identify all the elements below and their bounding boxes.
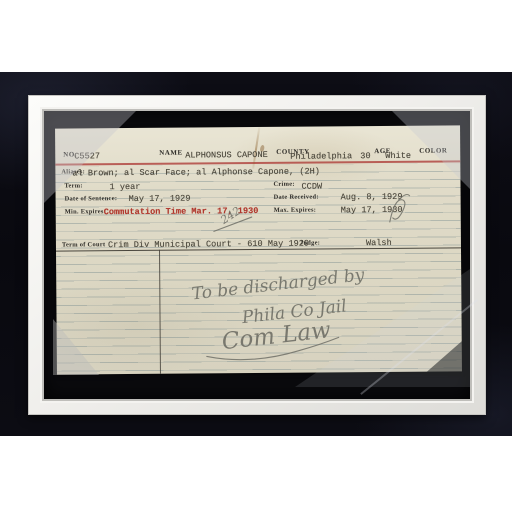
pencil-number-annotation: 242 [217,204,243,227]
framed-capone-prison-record-photo: NO. C5527 NAME ALPHONSUS CAPONE COUNTY P… [0,0,512,512]
handwriting-signature: Com Law [221,317,333,355]
pencil-scribble [390,194,410,221]
pencil-handwriting-layer: 242 To be discharged by Phila Co Jail Co… [55,125,462,374]
white-picture-frame: NO. C5527 NAME ALPHONSUS CAPONE COUNTY P… [28,95,486,415]
prison-record-card: NO. C5527 NAME ALPHONSUS CAPONE COUNTY P… [55,125,462,374]
inner-black-mat: NO. C5527 NAME ALPHONSUS CAPONE COUNTY P… [44,111,470,399]
